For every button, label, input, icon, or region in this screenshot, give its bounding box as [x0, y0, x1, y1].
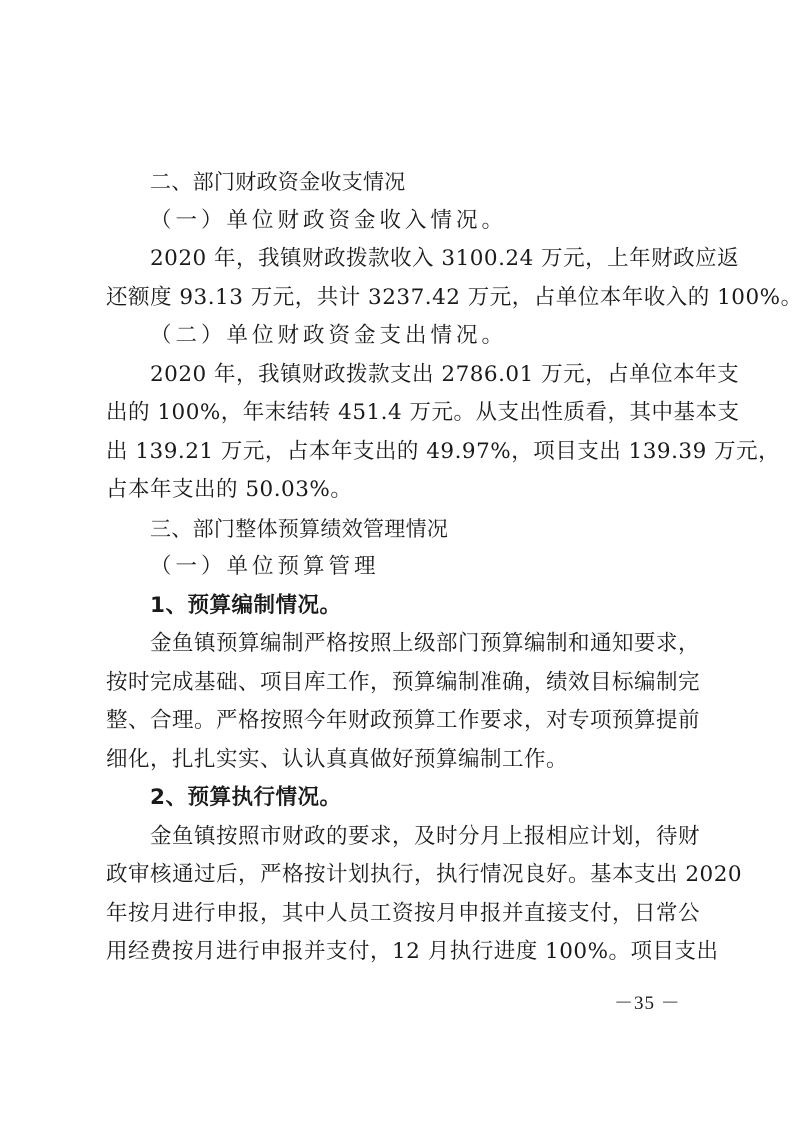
paragraph-budget-execution-line: 用经费按月进行申报并支付，12 月执行进度 100%。项目支出: [106, 933, 688, 972]
section-heading-fiscal-income-expenditure: 二、部门财政资金收支情况: [106, 163, 688, 202]
paragraph-income-line: 还额度 93.13 万元，共计 3237.42 万元，占单位本年收入的 100%…: [106, 279, 688, 318]
paragraph-budget-preparation-line: 细化，扎扎实实、认认真真做好预算编制工作。: [106, 741, 688, 780]
paragraph-expenditure-line: 出 139.21 万元，占本年支出的 49.97%，项目支出 139.39 万元…: [106, 433, 688, 472]
subheading-unit-budget-management: （一）单位预算管理: [106, 548, 688, 587]
document-page: 二、部门财政资金收支情况 （一）单位财政资金收入情况。 2020 年，我镇财政拨…: [0, 0, 793, 1122]
subheading-expenditure: （二）单位财政资金支出情况。: [106, 317, 688, 356]
paragraph-budget-preparation-line: 按时完成基础、项目库工作，预算编制准确，绩效目标编制完: [106, 664, 688, 703]
paragraph-budget-preparation-line: 整、合理。严格按照今年财政预算工作要求，对专项预算提前: [106, 702, 688, 741]
paragraph-expenditure-line: 占本年支出的 50.03%。: [106, 471, 688, 510]
paragraph-expenditure-line: 2020 年，我镇财政拨款支出 2786.01 万元，占单位本年支: [106, 356, 688, 395]
section-heading-budget-performance: 三、部门整体预算绩效管理情况: [106, 510, 688, 549]
paragraph-budget-execution-line: 金鱼镇按照市财政的要求，及时分月上报相应计划，待财: [106, 818, 688, 857]
subheading-budget-preparation: 1、预算编制情况。: [106, 587, 688, 626]
paragraph-income-line: 2020 年，我镇财政拨款收入 3100.24 万元，上年财政应返: [106, 240, 688, 279]
subheading-income: （一）单位财政资金收入情况。: [106, 202, 688, 241]
page-number: －35 －: [614, 988, 681, 1015]
document-body: 二、部门财政资金收支情况 （一）单位财政资金收入情况。 2020 年，我镇财政拨…: [106, 163, 688, 972]
paragraph-expenditure-line: 出的 100%，年末结转 451.4 万元。从支出性质看，其中基本支: [106, 394, 688, 433]
subheading-budget-execution: 2、预算执行情况。: [106, 779, 688, 818]
paragraph-budget-execution-line: 年按月进行申报，其中人员工资按月申报并直接支付，日常公: [106, 895, 688, 934]
paragraph-budget-preparation-line: 金鱼镇预算编制严格按照上级部门预算编制和通知要求，: [106, 625, 688, 664]
paragraph-budget-execution-line: 政审核通过后，严格按计划执行，执行情况良好。基本支出 2020: [106, 856, 688, 895]
